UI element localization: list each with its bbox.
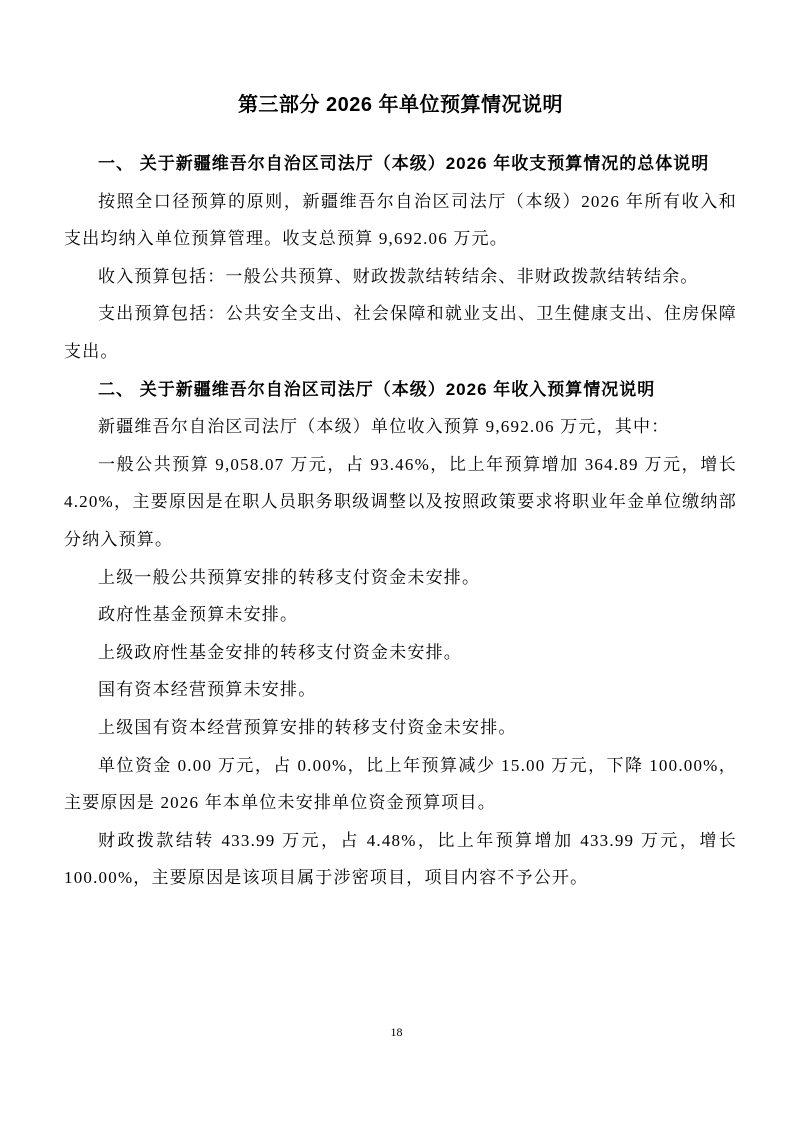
document-content: 第三部分 2026 年单位预算情况说明 一、 关于新疆维吾尔自治区司法厅（本级）… xyxy=(64,86,737,897)
paragraph-general-public-budget: 一般公共预算 9,058.07 万元，占 93.46%，比上年预算增加 364.… xyxy=(64,446,737,559)
section-heading-1: 一、 关于新疆维吾尔自治区司法厅（本级）2026 年收支预算情况的总体说明 xyxy=(64,145,737,183)
paragraph-expense-scope: 支出预算包括：公共安全支出、社会保障和就业支出、卫生健康支出、住房保障支出。 xyxy=(64,295,737,370)
paragraph-government-fund: 政府性基金预算未安排。 xyxy=(64,596,737,634)
page-number: 18 xyxy=(0,1025,793,1040)
paragraph-state-capital: 国有资本经营预算未安排。 xyxy=(64,671,737,709)
document-title: 第三部分 2026 年单位预算情况说明 xyxy=(64,86,737,124)
paragraph-superior-fund-transfer: 上级政府性基金安排的转移支付资金未安排。 xyxy=(64,634,737,672)
paragraph-superior-state-capital-transfer: 上级国有资本经营预算安排的转移支付资金未安排。 xyxy=(64,709,737,747)
paragraph-income-total: 新疆维吾尔自治区司法厅（本级）单位收入预算 9,692.06 万元，其中： xyxy=(64,408,737,446)
section-heading-2: 二、 关于新疆维吾尔自治区司法厅（本级）2026 年收入预算情况说明 xyxy=(64,371,737,409)
paragraph-superior-general-transfer: 上级一般公共预算安排的转移支付资金未安排。 xyxy=(64,559,737,597)
paragraph-fiscal-carryover: 财政拨款结转 433.99 万元，占 4.48%，比上年预算增加 433.99 … xyxy=(64,822,737,897)
paragraph-unit-funds: 单位资金 0.00 万元，占 0.00%，比上年预算减少 15.00 万元，下降… xyxy=(64,747,737,822)
paragraph-income-scope: 收入预算包括：一般公共预算、财政拨款结转结余、非财政拨款结转结余。 xyxy=(64,258,737,296)
paragraph-total-budget: 按照全口径预算的原则，新疆维吾尔自治区司法厅（本级）2026 年所有收入和支出均… xyxy=(64,183,737,258)
document-page: 第三部分 2026 年单位预算情况说明 一、 关于新疆维吾尔自治区司法厅（本级）… xyxy=(0,0,793,1122)
